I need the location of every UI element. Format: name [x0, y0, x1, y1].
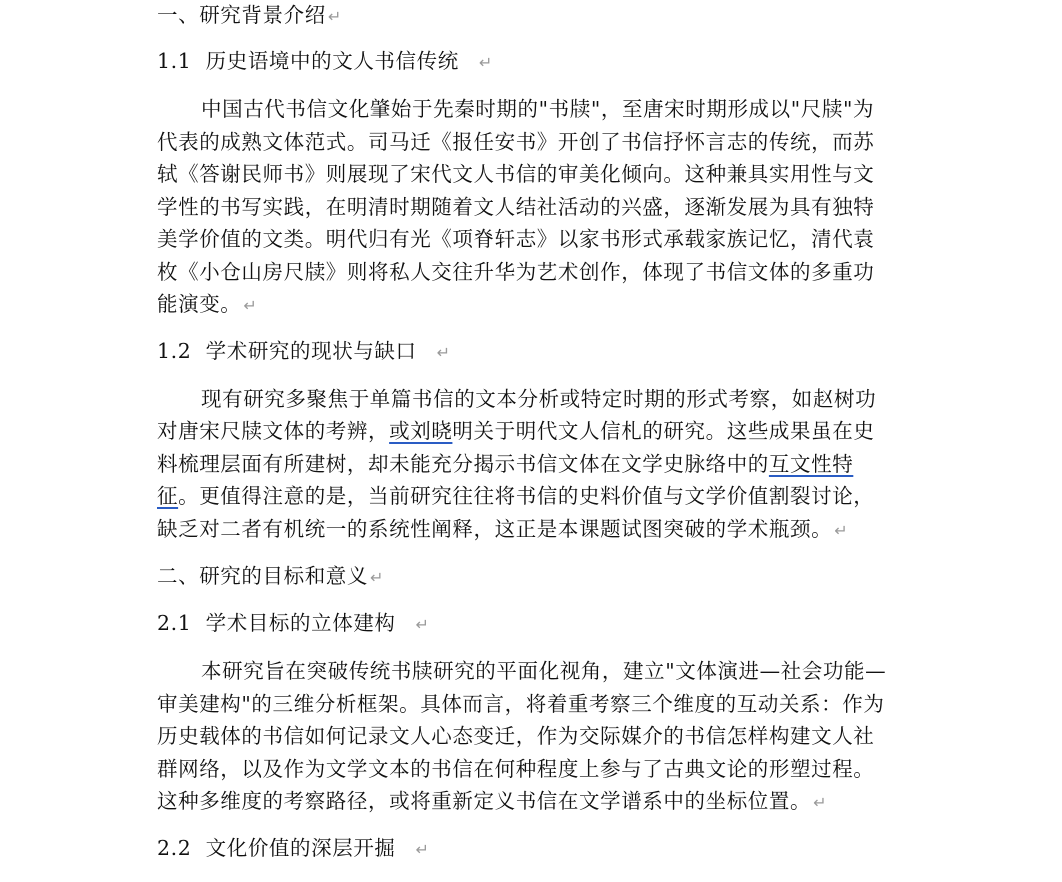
paragraph-mark-icon: ↵ [479, 53, 493, 72]
body-text: 。更值得注意的是，当前研究往往将书信的史料价值与文学价值割裂讨论， [178, 484, 874, 508]
paragraph-mark-icon: ↵ [437, 343, 451, 362]
body-line[interactable]: 征。更值得注意的是，当前研究往往将书信的史料价值与文学价值割裂讨论， [157, 484, 874, 508]
body-line[interactable]: 历史载体的书信如何记录文人心态变迁，作为交际媒介的书信怎样构建文人社 [157, 724, 874, 748]
spellcheck-flag[interactable]: 互文性特 [769, 452, 853, 476]
body-line-last[interactable]: 能演变。↵ [157, 292, 257, 318]
body-line-last[interactable]: 这种多维度的考察路径，或将重新定义书信在文学谱系中的坐标位置。↵ [157, 789, 827, 815]
body-line[interactable]: 审美建构"的三维分析框架。具体而言，将着重考察三个维度的互动关系：作为 [157, 692, 884, 716]
body-line[interactable]: 现有研究多聚焦于单篇书信的文本分析或特定时期的形式考察，如赵树功 [157, 387, 876, 411]
body-line[interactable]: 美学价值的文类。明代归有光《项脊轩志》以家书形式承载家族记忆，清代袁 [157, 227, 874, 251]
body-line[interactable]: 轼《答谢民师书》则展现了宋代文人书信的审美化倾向。这种兼具实用性与文 [157, 162, 874, 186]
body-line[interactable]: 本研究旨在突破传统书牍研究的平面化视角，建立"文体演进—社会功能— [157, 659, 886, 683]
body-line[interactable]: 学性的书写实践，在明清时期随着文人结社活动的兴盛，逐渐发展为具有独特 [157, 195, 874, 219]
body-text: 能演变。 [157, 292, 241, 316]
paragraph-mark-icon: ↵ [416, 840, 430, 859]
body-line[interactable]: 料梳理层面有所建树，却未能充分揭示书信文体在文学史脉络中的互文性特 [157, 452, 853, 476]
paragraph-mark-icon: ↵ [813, 793, 827, 812]
body-line-last[interactable]: 缺乏对二者有机统一的系统性阐释，这正是本课题试图突破的学术瓶颈。↵ [157, 517, 848, 543]
body-text: 明关于明代文人信札的研究。这些成果虽在史 [452, 419, 874, 443]
heading-2-2-2[interactable]: 2.2 文化价值的深层开掘↵ [157, 836, 430, 862]
heading-1-background[interactable]: 一、研究背景介绍↵ [157, 3, 342, 29]
paragraph-mark-icon: ↵ [243, 296, 257, 315]
heading-text: 1.2 学术研究的现状与缺口 [157, 339, 417, 363]
body-line[interactable]: 代表的成熟文体范式。司马迁《报任安书》开创了书信抒怀言志的传统，而苏 [157, 130, 874, 154]
body-text: 这种多维度的考察路径，或将重新定义书信在文学谱系中的坐标位置。 [157, 789, 811, 813]
paragraph-mark-icon: ↵ [834, 521, 848, 540]
heading-2-2-1[interactable]: 2.1 学术目标的立体建构↵ [157, 611, 430, 637]
body-line[interactable]: 对唐宋尺牍文体的考辨，或刘晓明关于明代文人信札的研究。这些成果虽在史 [157, 419, 874, 443]
body-text: 缺乏对二者有机统一的系统性阐释，这正是本课题试图突破的学术瓶颈。 [157, 517, 832, 541]
spellcheck-flag[interactable]: 征 [157, 484, 178, 508]
heading-text: 2.2 文化价值的深层开掘 [157, 836, 396, 860]
body-line[interactable]: 枚《小仓山房尺牍》则将私人交往升华为艺术创作，体现了书信文体的多重功 [157, 260, 874, 284]
body-text: 料梳理层面有所建树，却未能充分揭示书信文体在文学史脉络中的 [157, 452, 769, 476]
body-text: 对唐宋尺牍文体的考辨， [157, 419, 389, 443]
paragraph-mark-icon: ↵ [370, 568, 384, 587]
heading-text: 1.1 历史语境中的文人书信传统 [157, 49, 459, 73]
body-line[interactable]: 中国古代书信文化肇始于先秦时期的"书牍"，至唐宋时期形成以"尺牍"为 [157, 97, 874, 121]
heading-text: 一、研究背景介绍 [157, 3, 326, 27]
paragraph-mark-icon: ↵ [416, 615, 430, 634]
heading-1-goals[interactable]: 二、研究的目标和意义↵ [157, 564, 384, 590]
paragraph-mark-icon: ↵ [328, 7, 342, 26]
heading-2-1-2[interactable]: 1.2 学术研究的现状与缺口↵ [157, 339, 451, 365]
spellcheck-flag[interactable]: 或刘晓 [389, 419, 452, 443]
body-line[interactable]: 群网络，以及作为文学文本的书信在何种程度上参与了古典文论的形塑过程。 [157, 757, 874, 781]
heading-text: 2.1 学术目标的立体建构 [157, 611, 396, 635]
heading-2-1-1[interactable]: 1.1 历史语境中的文人书信传统↵ [157, 49, 493, 75]
heading-text: 二、研究的目标和意义 [157, 564, 368, 588]
